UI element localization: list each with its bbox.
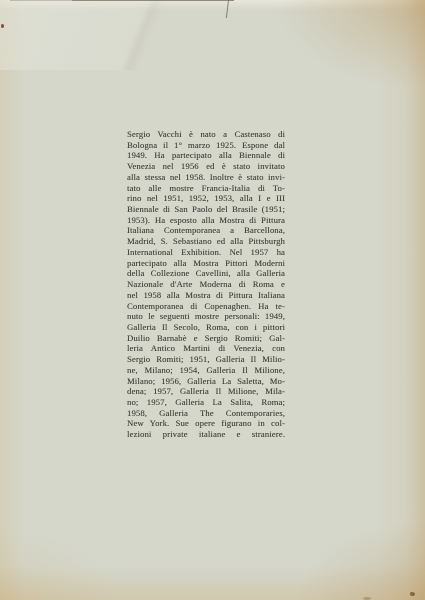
paragraph-line: Biennale di San Paolo del Brasile (1951; (127, 204, 285, 215)
paragraph-line: partecipato alla Mostra Pittori Moderni (127, 258, 285, 269)
paragraph-line: Sergio Romiti; 1951, Galleria Il Milio- (127, 354, 285, 365)
crease-mark (226, 0, 229, 18)
paragraph-line: Milano; 1956, Galleria La Saletta, Mo- (127, 376, 285, 387)
paragraph-line: Nazionale d'Arte Moderna di Roma e (127, 279, 285, 290)
paragraph-line: 1949. Ha partecipato alla Biennale di (127, 150, 285, 161)
left-edge-stain (1, 24, 4, 28)
paragraph-line: International Exhibition. Nel 1957 ha (127, 247, 285, 258)
paragraph-line: lezioni private italiane e straniere. (127, 429, 285, 440)
paragraph-line: no; 1957, Galleria La Salita, Roma; (127, 397, 285, 408)
bottom-right-stain (410, 592, 415, 596)
paragraph-line: Venezia nel 1956 ed è stato invitato (127, 161, 285, 172)
paragraph-line: Bologna il 1° marzo 1925. Espone dal (127, 140, 285, 151)
fold-shadow (0, 0, 240, 70)
paragraph-line: 1953). Ha esposto alla Mostra di Pittura (127, 215, 285, 226)
paragraph-line: nuto le seguenti mostre personali: 1949, (127, 311, 285, 322)
paragraph-line: Madrid, S. Sebastiano ed alla Pittsburgh (127, 236, 285, 247)
paragraph-line: 1958, Galleria The Contemporaries, (127, 408, 285, 419)
page-top-edge-shadow (72, 0, 234, 1)
paragraph-line: ne, Milano; 1954, Galleria Il Milione, (127, 365, 285, 376)
paragraph-line: Contemporanea di Copenaghen. Ha te- (127, 301, 285, 312)
page-top-edge-shadow-left (10, 0, 72, 1)
paragraph-line: alla stessa nel 1958. Inoltre è stato in… (127, 172, 285, 183)
paragraph-line: dena; 1957, Galleria Il Milione, Mila- (127, 386, 285, 397)
paragraph-line: Galleria Il Secolo, Roma, con i pittori (127, 322, 285, 333)
paragraph-line: tato alle mostre Francia-Italia di To- (127, 183, 285, 194)
paragraph-line: nel 1958 alla Mostra di Pittura Italiana (127, 290, 285, 301)
scanned-book-page: Sergio Vacchi è nato a Castenaso diBolog… (0, 0, 425, 600)
paragraph-line: leria Antico Martini di Venezia, con (127, 343, 285, 354)
paragraph-line: della Collezione Cavellini, alla Galleri… (127, 268, 285, 279)
biography-paragraph: Sergio Vacchi è nato a Castenaso diBolog… (127, 129, 285, 440)
paragraph-line: New York. Sue opere figurano in col- (127, 418, 285, 429)
paragraph-line: Sergio Vacchi è nato a Castenaso di (127, 129, 285, 140)
paragraph-line: Duilio Barnabè e Sergio Romiti; Gal- (127, 333, 285, 344)
paragraph-line: Italiana Contemporanea a Barcellona, (127, 225, 285, 236)
paragraph-line: rino nel 1951, 1952, 1953, alla I e III (127, 193, 285, 204)
